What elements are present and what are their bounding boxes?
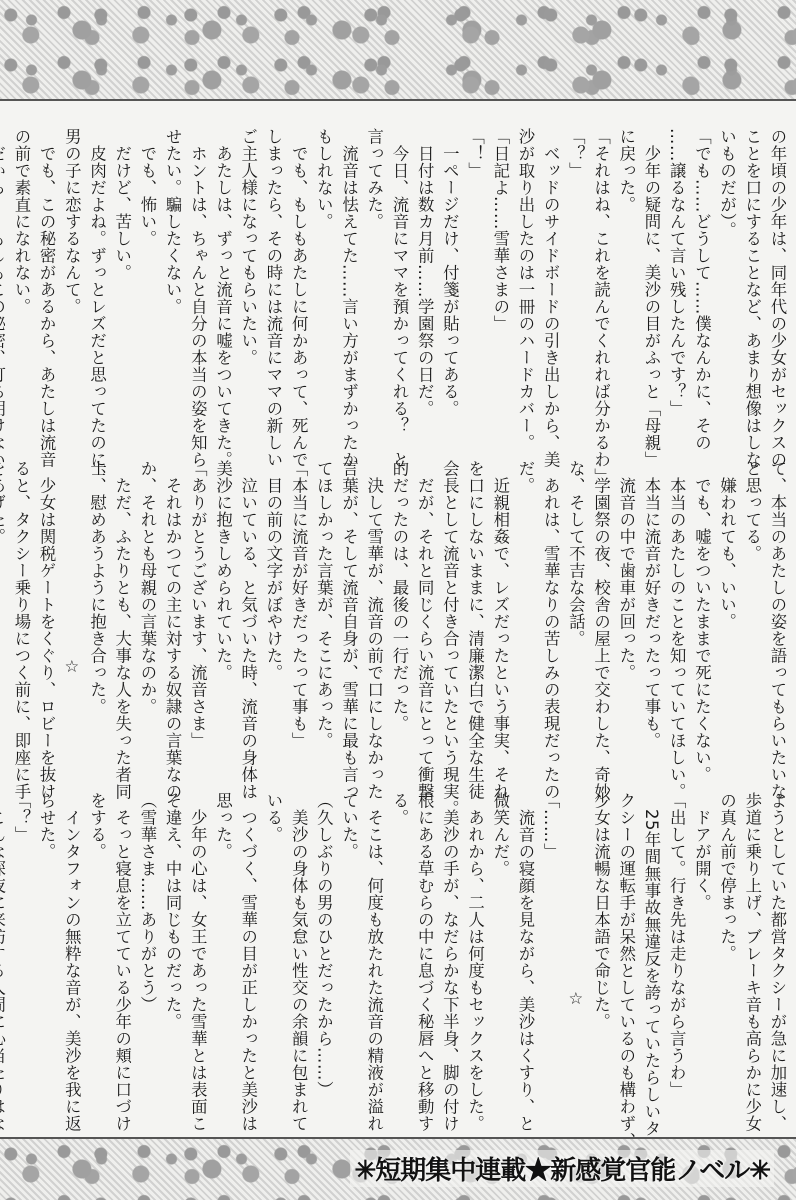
text-line: あれは、雪華なりの苦しみの表現だったの [538,460,563,790]
text-line: る。 [387,792,412,1122]
text-line: 「本当に流音が好きだったって事も」 [286,460,311,790]
text-line: ことを口にすることなど、あまり想像はしな [740,128,765,458]
text-line: 「出して。行き先は走りながら言うわ」 [664,792,689,1122]
text-line: の年頃の少年は、同年代の少女がセックスの [765,128,790,458]
text-line: クシーの運転手が呆然としているのも構わず、 [614,792,639,1122]
section-break-star: ☆ [563,792,588,1122]
text-line: 日付は数カ月前……学園祭の日だ。 [412,128,437,458]
text-line: 流音は怯えてた……言い方がまずかったか [336,128,361,458]
text-line: 皮肉だよね。ずっとレズだと思ってたのに、 [84,128,109,458]
text-line: だが、それと同じくらい流音にとって衝撃 [412,460,437,790]
text-line: 本当のあたしのことを知っていてほしい。 [664,460,689,790]
text-line: ……譲るなんて言い残したんです？」 [664,128,689,458]
text-line: そこは、何度も放たれた流音の精液が溢れ [362,792,387,1122]
text-line: ホントは、ちゃんと自分の本当の姿を知ら [185,128,210,458]
text-line: 美沙の身体も気怠い性交の余韻に包まれて [286,792,311,1122]
text-line: 流音の寝顔を見ながら、美沙はくすり、と [513,792,538,1122]
text-line: でも、もしもあたしに何かあって、死んで [286,128,311,458]
text-line: 本当に流音が好きだったって事も。 [639,460,664,790]
text-line: 少女は関税ゲートをくぐり、ロビーを抜け [34,460,59,790]
text-band-3: ようとしていた都営タクシーが急に加速し、歩道に乗り上げ、ブレーキ音も高らかに少女… [30,792,790,1122]
text-line: せたい。騙したくない。 [160,128,185,458]
text-line: に戻った。 [614,128,639,458]
text-line: もしれない。 [311,128,336,458]
text-line: でも、この秘密があるから、あたしは流音 [34,128,59,458]
text-line: それはかつての主に対する奴隷の言葉なの [160,460,185,790]
text-line: 男の子に恋するなんて。 [59,128,84,458]
text-line: 目の前の文字がぼやけた。 [261,460,286,790]
text-line: ベッドのサイドボードの引き出しから、美 [538,128,563,458]
text-line: ようとしていた都営タクシーが急に加速し、 [765,792,790,1122]
text-line: （久しぶりの男のひとだったから……） [311,792,336,1122]
text-line: 「……」 [538,792,563,1122]
text-line: だ。 [513,460,538,790]
text-band-2: て、本当のあたしの姿を語ってもらいたいなと思ってる。 嫌われても、いい。 でも、… [30,460,790,790]
text-line: 「日記よ……雪華さまの」 [488,128,513,458]
text-line: 言葉が、そして流音自身が、雪華に最も言っ [336,460,361,790]
text-line: 学園祭の夜、校舎の屋上で交わした、奇妙 [588,460,613,790]
text-line: でも、怖い。 [135,128,160,458]
text-line: ドアが開く。 [689,792,714,1122]
text-line: をする。 [84,792,109,1122]
text-line: 流音の中で歯車が回った。 [614,460,639,790]
text-line: 泣いている、と気づいた時、流音の身体は [236,460,261,790]
text-line: てほしかった言葉が、そこにあった。 [311,460,336,790]
text-line: 「ありがとうございます、流音さま」 [185,460,210,790]
text-line: あれから、二人は何度もセックスをした。 [462,792,487,1122]
text-line: ていた。 [336,792,361,1122]
text-line: 会長として流音と付き合っていたという現実。 [437,460,462,790]
text-line: な、そして不吉な会話。 [563,460,588,790]
text-line: をあげた。 [0,460,9,790]
text-line: 「それはね、これを読んでくれれば分かるわ」 [588,128,613,458]
text-line: だけど、苦しい。 [110,128,135,458]
section-break-star: ☆ [59,460,84,790]
text-line: 近親相姦で、レズだったという事実、それ [488,460,513,790]
text-line: こんな深夜に来訪する人間に心当たりはな [0,792,9,1122]
text-line: 根にある草むらの中に息づく秘唇へと移動す [412,792,437,1122]
text-line: て、本当のあたしの姿を語ってもらいたいな [765,460,790,790]
text-line: 言ってみた。 [362,128,387,458]
text-line: そっと寝息を立てている少年の頬に口づけ [110,792,135,1122]
top-decorative-banner [0,0,796,101]
text-line: しまったら、その時には流音にママの新しい [261,128,286,458]
text-line: か、それとも母親の言葉なのか。 [135,460,160,790]
text-line: そ違え、中は同じものだった。 [160,792,185,1122]
text-line: 士、慰めあうように抱き合った。 [84,460,109,790]
text-line: 美沙の手が、なだらかな下半身、脚の付け [437,792,462,1122]
text-line: 歩道に乗り上げ、ブレーキ音も高らかに少女 [740,792,765,1122]
text-line: 思った。 [210,792,235,1122]
text-line: 嫌われても、いい。 [714,460,739,790]
text-line: 沙が取り出したのは一冊のハードカバー。 [513,128,538,458]
text-line: 決して雪華が、流音の前で口にしなかった [362,460,387,790]
text-line: 「？」 [563,128,588,458]
text-line: だから……もしもこの秘密、打ち明けない [0,128,9,458]
text-line: 少年の疑問に、美沙の目がふっと「母親」 [639,128,664,458]
text-line: つくづく、雪華の目が正しかったと美沙は [236,792,261,1122]
text-line: 的だったのは、最後の一行だった。 [387,460,412,790]
text-line: 少女は流暢な日本語で命じた。 [588,792,613,1122]
text-line: 「でも……どうして……僕なんかに、その [689,128,714,458]
text-line: 25年間無事故無違反を誇っていたらしいタ [639,792,664,1122]
text-line: と思ってる。 [740,460,765,790]
text-line: 今日、流音にママを預かってくれる？ と [387,128,412,458]
text-band-1: の年頃の少年は、同年代の少女がセックスのことを口にすることなど、あまり想像はしな… [30,128,790,458]
text-line: 美沙に抱きしめられていた。 [210,460,235,790]
text-line: でも、嘘をついたままで死にたくない。 [689,460,714,790]
text-line: を口にしないままに、清廉潔白で健全な生徒 [462,460,487,790]
text-line: 一ページだけ、付箋が貼ってある。 [437,128,462,458]
series-title: ✳短期集中連載★新感覚官能ノベル✳ [350,1150,774,1187]
text-line: ると、タクシー乗り場につく前に、即座に手 [9,460,34,790]
text-line: 少年の心は、女王であった雪華とは表面こ [185,792,210,1122]
text-line: いる。 [261,792,286,1122]
text-line: 「！」 [462,128,487,458]
text-line: インタフォンの無粋な音が、美沙を我に返 [59,792,84,1122]
text-line: いものだが）。 [714,128,739,458]
text-line: 「？」 [9,792,34,1122]
text-line: （雪華さま……ありがとう） [135,792,160,1122]
text-line: あたしは、ずっと流音に嘘をついてきた。 [210,128,235,458]
text-line: ただ、ふたりとも、大事な人を失った者同 [110,460,135,790]
text-line: の前で素直になれない。 [9,128,34,458]
text-line: らせた。 [34,792,59,1122]
text-line: の真ん前で停まった。 [714,792,739,1122]
text-line: 微笑んだ。 [488,792,513,1122]
text-line: ご主人様になってもらいたい。 [236,128,261,458]
